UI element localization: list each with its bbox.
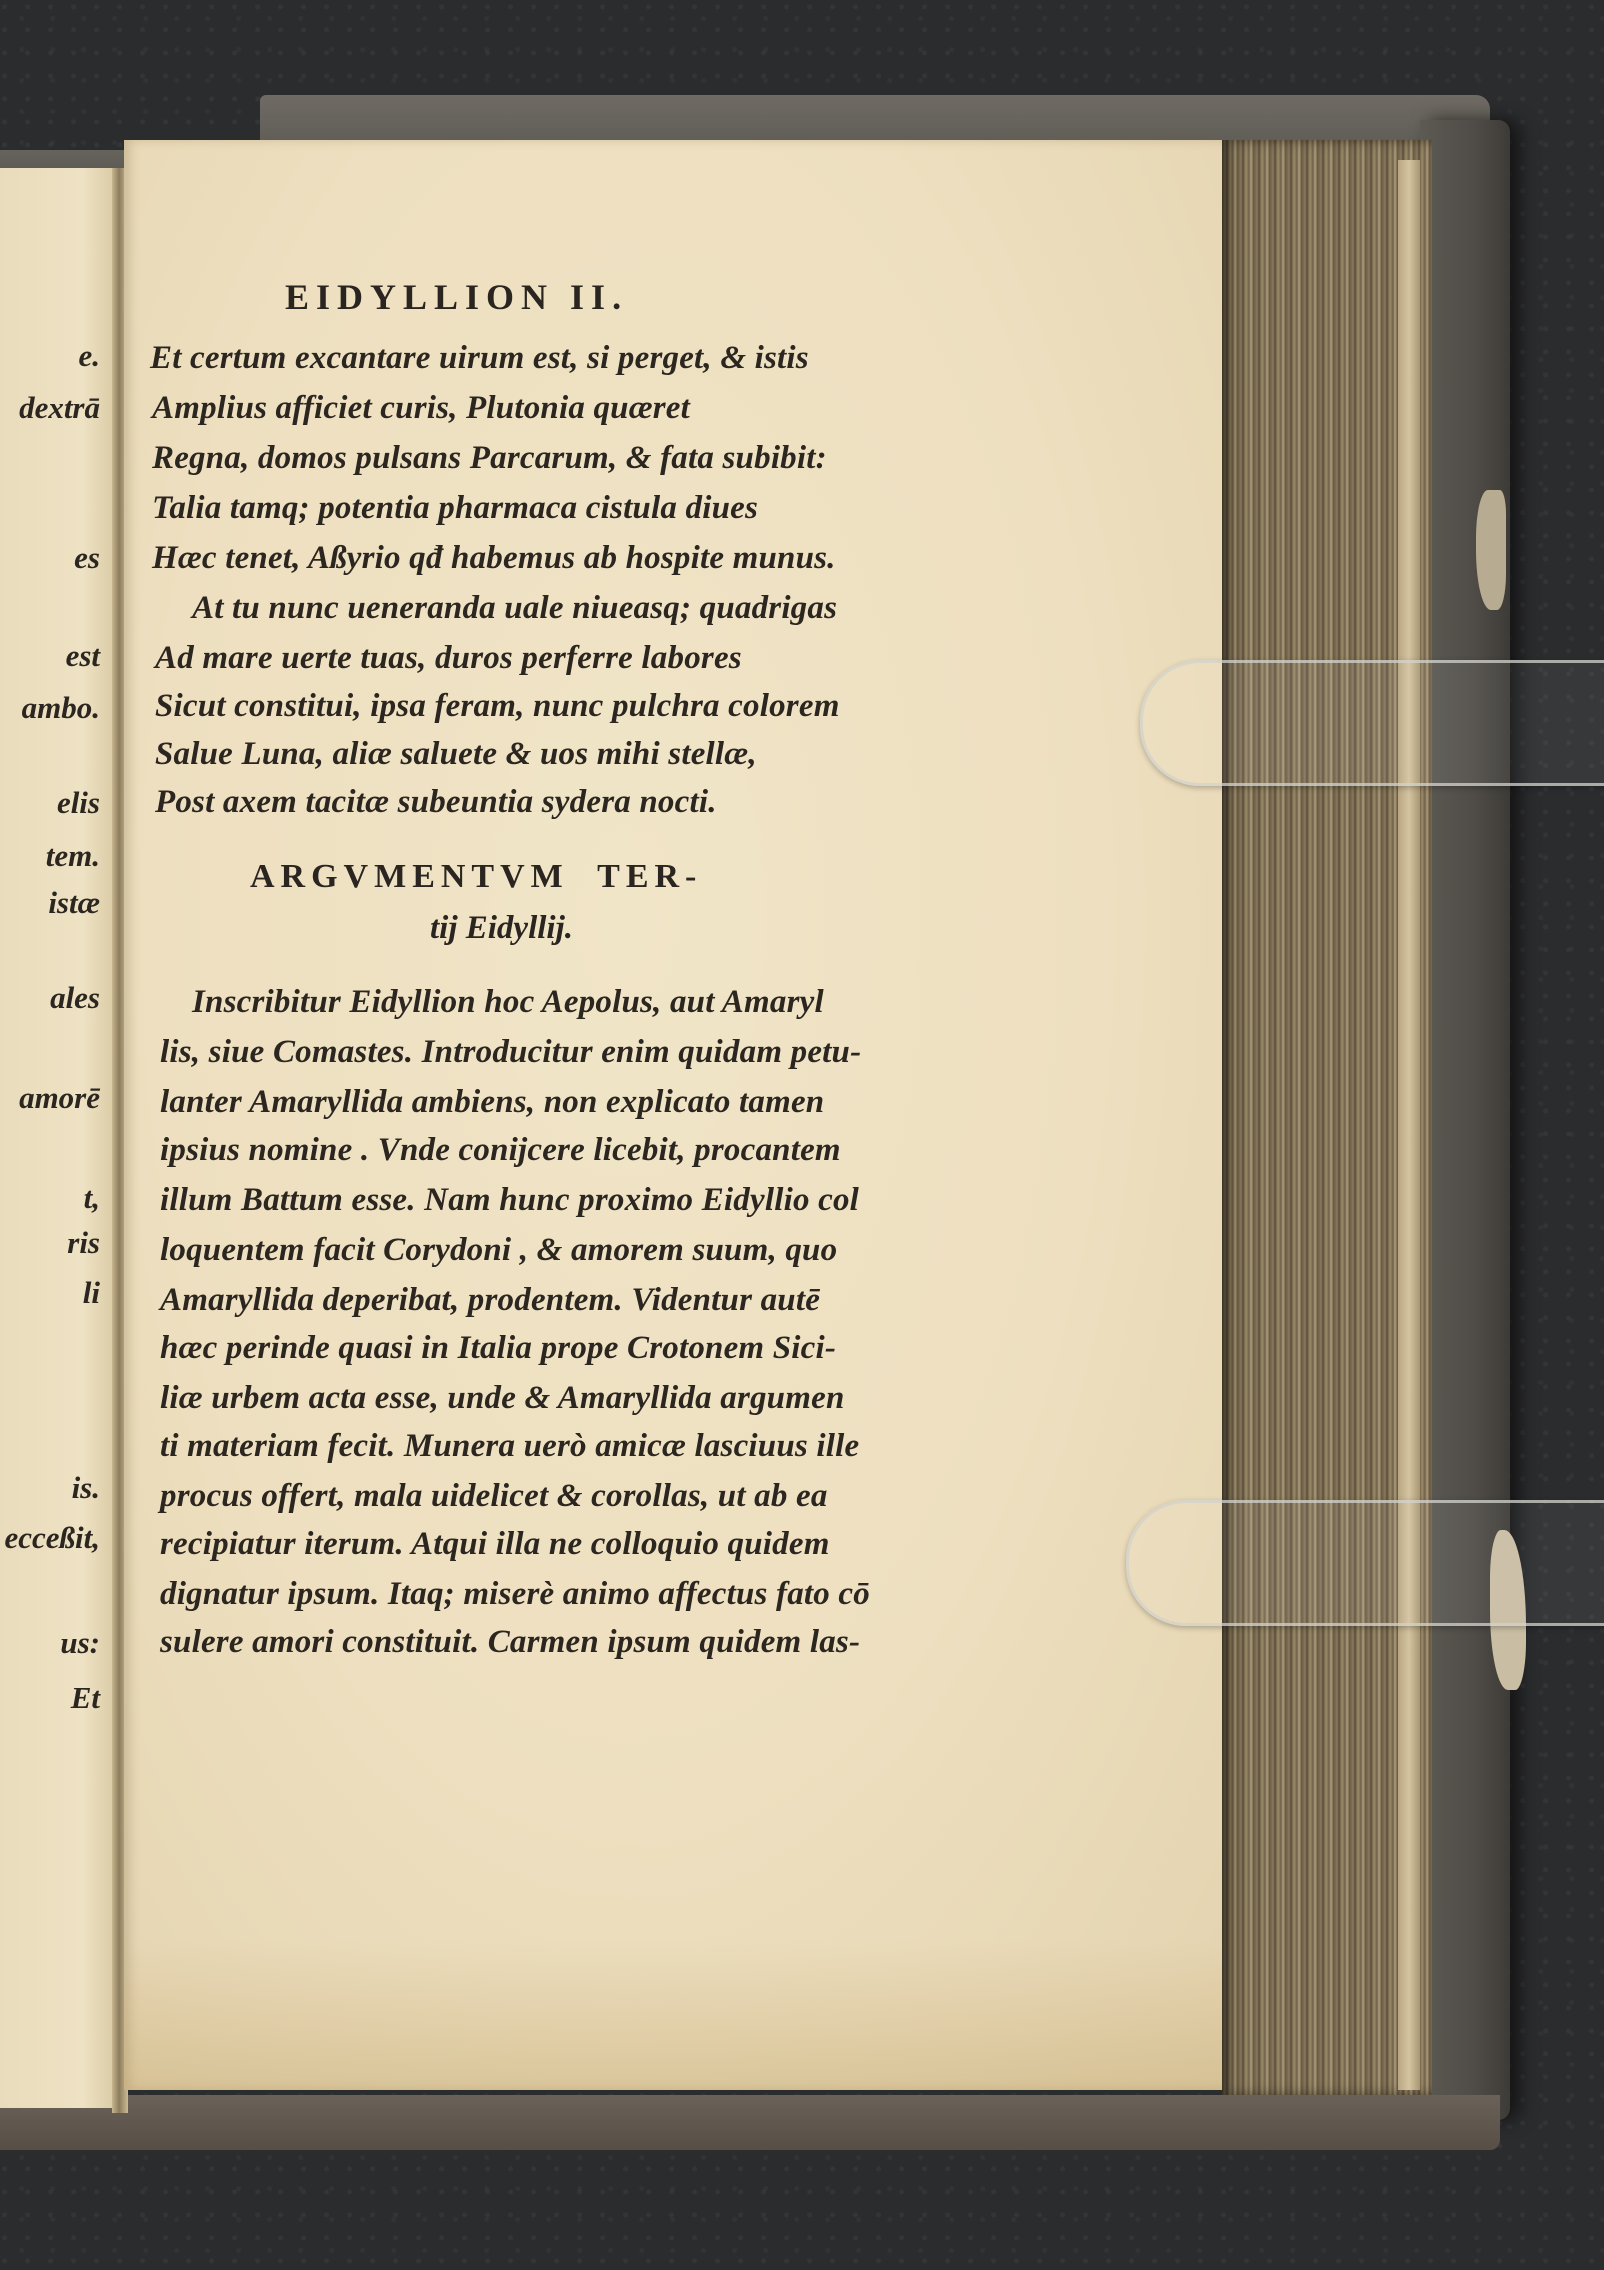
- prose-line: dignatur ipsum. Itaq; miserè animo affec…: [160, 1576, 870, 1613]
- verse-line: Sicut constitui, ipsa feram, nunc pulchr…: [155, 688, 840, 725]
- back-cover-board-right: [1420, 120, 1510, 2120]
- left-page-fragment: ales: [0, 980, 100, 1016]
- prose-line: Amaryllida deperibat, prodentem. Videntu…: [160, 1282, 820, 1319]
- torn-leather-fragment: [1476, 490, 1506, 610]
- prose-line: liæ urbem acta esse, unde & Amaryllida a…: [160, 1380, 845, 1417]
- prose-line: illum Battum esse. Nam hunc proximo Eidy…: [160, 1182, 859, 1219]
- left-page-fragment: ris: [0, 1225, 100, 1261]
- left-page-fragment: ambo.: [0, 690, 100, 726]
- left-page-fragment: istæ: [0, 885, 100, 921]
- left-page-fragment: elis: [0, 785, 100, 821]
- left-page-fragment: tem.: [0, 838, 100, 874]
- prose-line: ipsius nomine . Vnde conijcere licebit, …: [160, 1132, 841, 1169]
- verse-line: At tu nunc ueneranda uale niueasq; quadr…: [192, 590, 837, 627]
- left-page-fragment: li: [0, 1275, 100, 1311]
- left-page-fragment: es: [0, 540, 100, 576]
- cover-board-bottom: [0, 2095, 1500, 2150]
- prose-line: Inscribitur Eidyllion hoc Aepolus, aut A…: [192, 984, 824, 1021]
- page-clip-bottom-icon: [1126, 1500, 1604, 1626]
- prose-line: ti materiam fecit. Munera uerò amicæ las…: [160, 1428, 859, 1465]
- prose-line: recipiatur iterum. Atqui illa ne colloqu…: [160, 1526, 830, 1563]
- prose-line: loquentem facit Corydoni , & amorem suum…: [160, 1232, 837, 1269]
- prose-line: hæc perinde quasi in Italia prope Croton…: [160, 1330, 836, 1367]
- left-page-fragment: est: [0, 638, 100, 674]
- verse-line: Regna, domos pulsans Parcarum, & fata su…: [152, 440, 827, 477]
- left-page-fragment: e.: [0, 338, 100, 374]
- verse-line: Hæc tenet, Aßyrio qđ habemus ab hospite …: [152, 540, 836, 577]
- verse-line: Salue Luna, aliæ saluete & uos mihi stel…: [155, 736, 757, 773]
- left-page-fragment: Et: [0, 1680, 100, 1716]
- left-page-fragment: ecceßit,: [0, 1520, 100, 1556]
- left-page-fragment: us:: [0, 1625, 100, 1661]
- section-title: ARGVMENTVM TER-: [250, 858, 702, 896]
- verse-line: Ad mare uerte tuas, duros perferre labor…: [155, 640, 742, 677]
- left-page-fragment: amorē: [0, 1080, 100, 1116]
- page-clip-top-icon: [1140, 660, 1604, 786]
- verse-line: Et certum excantare uirum est, si perget…: [150, 340, 809, 377]
- left-page-fragment: dextrā: [0, 390, 100, 426]
- section-subtitle: tij Eidyllij.: [430, 910, 573, 947]
- left-page-fragment: t,: [0, 1180, 100, 1216]
- left-page: [0, 168, 118, 2108]
- water-stain: [124, 1940, 1224, 2090]
- prose-line: procus offert, mala uidelicet & corollas…: [160, 1478, 828, 1515]
- prose-line: lanter Amaryllida ambiens, non explicato…: [160, 1084, 824, 1121]
- left-page-fragment: is.: [0, 1470, 100, 1506]
- prose-line: lis, siue Comastes. Introducitur enim qu…: [160, 1034, 861, 1071]
- verse-line: Post axem tacitæ subeuntia sydera nocti.: [155, 784, 717, 821]
- running-head: EIDYLLION II.: [285, 276, 628, 318]
- verse-line: Talia tamq; potentia pharmaca cistula di…: [152, 490, 758, 527]
- page-block-edge-highlight: [1398, 160, 1420, 2090]
- prose-line: sulere amori constituit. Carmen ipsum qu…: [160, 1624, 860, 1661]
- verse-line: Amplius afficiet curis, Plutonia quæret: [152, 390, 690, 427]
